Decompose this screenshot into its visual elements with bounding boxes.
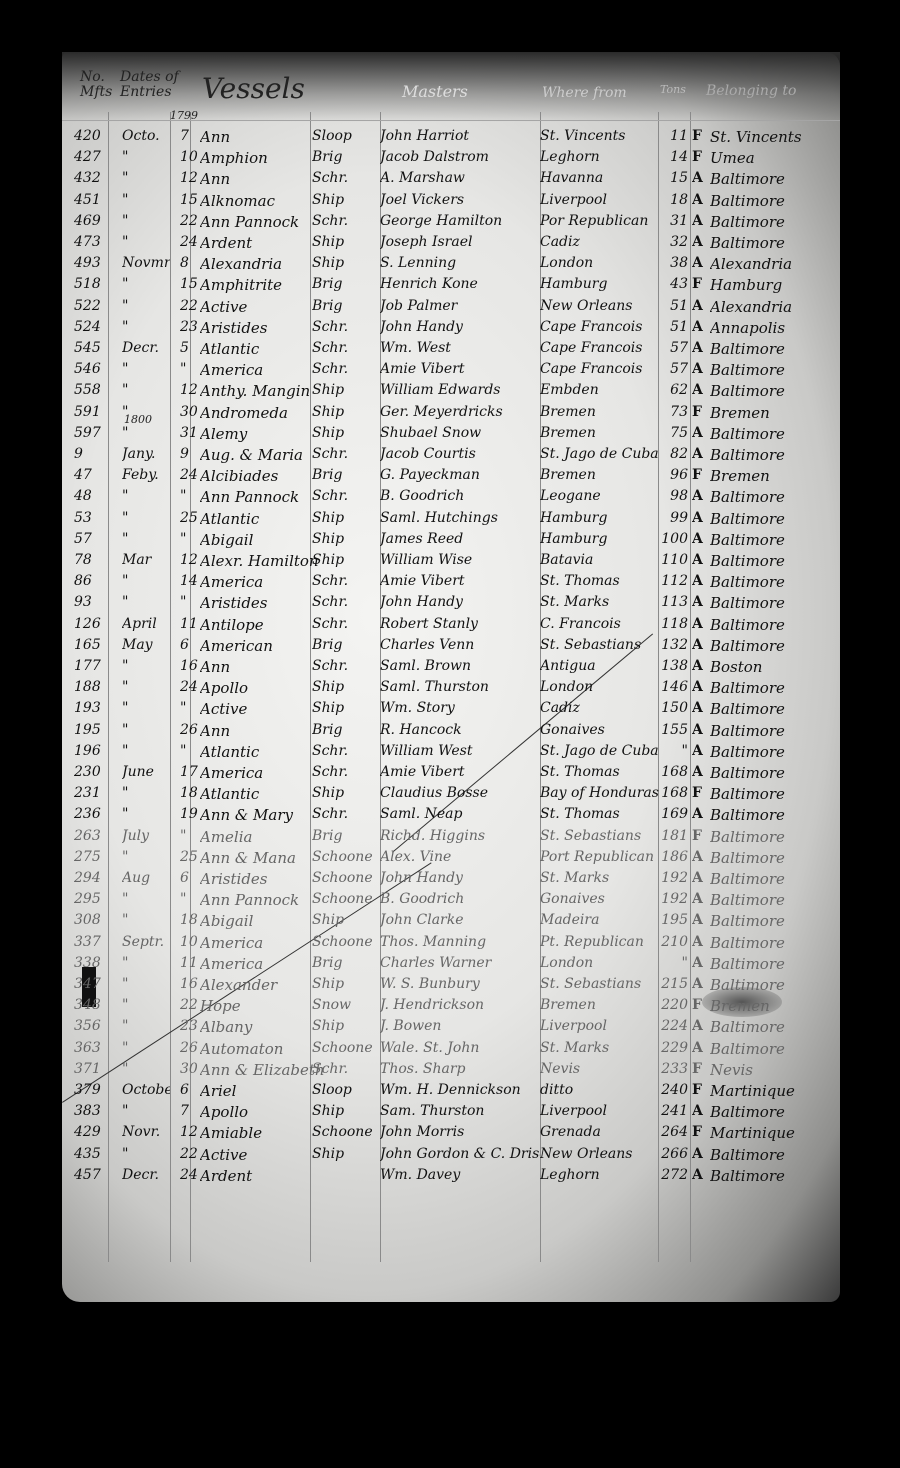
master-name: J. Hendrickson xyxy=(380,997,540,1013)
ledger-row: 432 " 12 Ann Schr. A. Marshaw Havanna 15… xyxy=(62,168,840,189)
tons: 195 xyxy=(656,912,688,928)
where-from: St. Sebastians xyxy=(540,976,668,992)
master-name: William Edwards xyxy=(380,382,540,398)
ledger-row: 275 " 25 Ann & Mana Schooner Alex. Vine … xyxy=(62,847,840,868)
where-from: Hamburg xyxy=(540,510,668,526)
tons: 43 xyxy=(656,276,688,292)
flag-code: F xyxy=(692,404,706,420)
belonging-to: Baltimore xyxy=(710,785,840,803)
belonging-to: Baltimore xyxy=(710,552,840,570)
belonging-to: Baltimore xyxy=(710,616,840,634)
tons: 112 xyxy=(656,573,688,589)
manifest-number: 597 xyxy=(74,425,120,441)
entry-month: " xyxy=(122,700,170,716)
where-from: Grenada xyxy=(540,1124,668,1140)
manifest-number: 165 xyxy=(74,637,120,653)
entry-month: Feby. xyxy=(122,467,170,483)
tons: 192 xyxy=(656,870,688,886)
tons: 233 xyxy=(656,1061,688,1077)
manifest-number: 371 xyxy=(74,1061,120,1077)
where-from: Bremen xyxy=(540,467,668,483)
where-from: Cape Francois xyxy=(540,361,668,377)
ledger-row: 308 " 18 Abigail Ship John Clarke Madeir… xyxy=(62,910,840,931)
tons: 210 xyxy=(656,934,688,950)
flag-code: F xyxy=(692,1061,706,1077)
master-name: Robert Stanly xyxy=(380,616,540,632)
ledger-row: 126 April 11 Antilope Schr. Robert Stanl… xyxy=(62,614,840,635)
vessel-type: Schr. xyxy=(312,658,372,674)
flag-code: A xyxy=(692,912,706,928)
entry-month: " xyxy=(122,594,170,610)
vessel-type: Ship xyxy=(312,425,372,441)
vessel-type: Ship xyxy=(312,785,372,801)
belonging-to: Baltimore xyxy=(710,446,840,464)
master-name: Saml. Hutchings xyxy=(380,510,540,526)
ledger-row: 47 Feby. 24 Alcibiades Brig G. Payeckman… xyxy=(62,465,840,486)
belonging-to: Baltimore xyxy=(710,382,840,400)
ledger-row: 429 Novr. 12 Amiable Schooner John Morri… xyxy=(62,1122,840,1143)
belonging-to: Baltimore xyxy=(710,806,840,824)
vessel-type: Schr. xyxy=(312,594,372,610)
entry-month: " xyxy=(122,319,170,335)
tons: 186 xyxy=(656,849,688,865)
manifest-number: 263 xyxy=(74,828,120,844)
tons: 272 xyxy=(656,1167,688,1183)
vessel-type: Schooner xyxy=(312,849,372,865)
where-from: London xyxy=(540,255,668,271)
where-from: Bremen xyxy=(540,425,668,441)
master-name: Thos. Sharp xyxy=(380,1061,540,1077)
vessel-type: Schr. xyxy=(312,361,372,377)
master-name: Richd. Higgins xyxy=(380,828,540,844)
where-from: Leogane xyxy=(540,488,668,504)
ledger-row: 230 June 17 America Schr. Amie Vibert St… xyxy=(62,762,840,783)
vessel-type: Schooner xyxy=(312,891,372,907)
where-from: Port Republican xyxy=(540,849,668,865)
entry-month: " xyxy=(122,1103,170,1119)
tons: 113 xyxy=(656,594,688,610)
year-1799: 1799 xyxy=(170,108,198,123)
master-name: Saml. Brown xyxy=(380,658,540,674)
tons: 150 xyxy=(656,700,688,716)
master-name: Amie Vibert xyxy=(380,764,540,780)
where-from: Leghorn xyxy=(540,1167,668,1183)
flag-code: A xyxy=(692,849,706,865)
entry-month: Decr. xyxy=(122,1167,170,1183)
master-name: Joseph Israel xyxy=(380,234,540,250)
entry-month: June xyxy=(122,764,170,780)
where-from: St. Thomas xyxy=(540,764,668,780)
master-name: John Handy xyxy=(380,870,540,886)
manifest-number: 545 xyxy=(74,340,120,356)
ledger-row: 337 Septr. 10 America Schooner Thos. Man… xyxy=(62,932,840,953)
belonging-to: Baltimore xyxy=(710,1103,840,1121)
tons: 51 xyxy=(656,319,688,335)
entry-month: " xyxy=(122,573,170,589)
manifest-number: 546 xyxy=(74,361,120,377)
master-name: John Harriot xyxy=(380,128,540,144)
manifest-number: 348 xyxy=(74,997,120,1013)
belonging-to: Baltimore xyxy=(710,891,840,909)
entry-month: " xyxy=(122,976,170,992)
tons: 118 xyxy=(656,616,688,632)
manifest-number: 518 xyxy=(74,276,120,292)
entry-month: " xyxy=(122,785,170,801)
vessel-type: Schr. xyxy=(312,340,372,356)
belonging-to: Baltimore xyxy=(710,870,840,888)
where-from: St. Thomas xyxy=(540,806,668,822)
vessel-type: Brig xyxy=(312,637,372,653)
vessel-type: Schooner xyxy=(312,1040,372,1056)
ledger-row: 545 Decr. 5 Atlantic Schr. Wm. West Cape… xyxy=(62,338,840,359)
manifest-number: 356 xyxy=(74,1018,120,1034)
master-name: George Hamilton xyxy=(380,213,540,229)
belonging-to: Baltimore xyxy=(710,828,840,846)
ledger-row: 236 " 19 Ann & Mary Schr. Saml. Neap St.… xyxy=(62,804,840,825)
vessel-type: Sloop xyxy=(312,1082,372,1098)
vessel-type: Ship xyxy=(312,404,372,420)
manifest-number: 188 xyxy=(74,679,120,695)
tons: 51 xyxy=(656,298,688,314)
where-from: C. Francois xyxy=(540,616,668,632)
entry-month: Novmr. xyxy=(122,255,170,271)
master-name: Joel Vickers xyxy=(380,192,540,208)
ledger-row: 469 " 22 Ann Pannock Schr. George Hamilt… xyxy=(62,211,840,232)
flag-code: A xyxy=(692,976,706,992)
vessel-type: Ship xyxy=(312,255,372,271)
vessel-type: Brig xyxy=(312,298,372,314)
where-from: Bremen xyxy=(540,997,668,1013)
where-from: ditto xyxy=(540,1082,668,1098)
flag-code: F xyxy=(692,276,706,292)
ledger-row: 473 " 24 Ardent Ship Joseph Israel Cadiz… xyxy=(62,232,840,253)
master-name: Wale. St. John xyxy=(380,1040,540,1056)
vessel-type: Ship xyxy=(312,700,372,716)
master-name: S. Lenning xyxy=(380,255,540,271)
flag-code: F xyxy=(692,1082,706,1098)
entry-month: " xyxy=(122,425,170,441)
where-from: Antigua xyxy=(540,658,668,674)
where-from: London xyxy=(540,955,668,971)
belonging-to: Martinique xyxy=(710,1082,840,1100)
entry-month: " xyxy=(122,1146,170,1162)
master-name: Job Palmer xyxy=(380,298,540,314)
vessel-type: Ship xyxy=(312,531,372,547)
flag-code: A xyxy=(692,658,706,674)
tons: " xyxy=(656,743,688,759)
tons: 192 xyxy=(656,891,688,907)
flag-code: A xyxy=(692,425,706,441)
flag-code: A xyxy=(692,573,706,589)
flag-code: A xyxy=(692,594,706,610)
manifest-number: 53 xyxy=(74,510,120,526)
entry-month: " xyxy=(122,955,170,971)
master-name: Alex. Vine xyxy=(380,849,540,865)
tons: 132 xyxy=(656,637,688,653)
tons: 11 xyxy=(656,128,688,144)
flag-code: A xyxy=(692,510,706,526)
master-name: A. Marshaw xyxy=(380,170,540,186)
master-name: Jacob Dalstrom xyxy=(380,149,540,165)
master-name: John Handy xyxy=(380,319,540,335)
belonging-to: St. Vincents xyxy=(710,128,840,146)
belonging-to: Baltimore xyxy=(710,234,840,252)
master-name: John Handy xyxy=(380,594,540,610)
where-from: Havanna xyxy=(540,170,668,186)
ledger-row: 165 May 6 American Brig Charles Venn St.… xyxy=(62,635,840,656)
where-from: St. Marks xyxy=(540,870,668,886)
manifest-number: 363 xyxy=(74,1040,120,1056)
manifest-number: 469 xyxy=(74,213,120,229)
belonging-to: Alexandria xyxy=(710,298,840,316)
vessel-type: Ship xyxy=(312,976,372,992)
entry-month: " xyxy=(122,891,170,907)
header-where-from: Where from xyxy=(542,86,627,101)
ledger-row: 9 Jany. 9 Aug. & Maria Schr. Jacob Court… xyxy=(62,444,840,465)
vessel-type: Schr. xyxy=(312,319,372,335)
where-from: London xyxy=(540,679,668,695)
entry-month: " xyxy=(122,679,170,695)
master-name: Amie Vibert xyxy=(380,573,540,589)
vessel-type: Sloop xyxy=(312,128,372,144)
header-tons: Tons xyxy=(660,82,686,97)
flag-code: A xyxy=(692,213,706,229)
ledger-row: 420 Octo. 7 Ann Sloop John Harriot St. V… xyxy=(62,126,840,147)
ledger-row: 348 " 22 Hope Snow J. Hendrickson Bremen… xyxy=(62,995,840,1016)
entry-month: Jany. xyxy=(122,446,170,462)
vessel-type: Brig xyxy=(312,722,372,738)
where-from: St. Marks xyxy=(540,1040,668,1056)
ledger-row: 338 " 11 America Brig Charles Warner Lon… xyxy=(62,953,840,974)
where-from: New Orleans xyxy=(540,1146,668,1162)
where-from: Cadiz xyxy=(540,234,668,250)
master-name: John Clarke xyxy=(380,912,540,928)
vessel-type: Schr. xyxy=(312,616,372,632)
vessel-type: Schr. xyxy=(312,1061,372,1077)
tons: 75 xyxy=(656,425,688,441)
tons: 138 xyxy=(656,658,688,674)
ledger-row: 524 " 23 Aristides Schr. John Handy Cape… xyxy=(62,317,840,338)
where-from: St. Vincents xyxy=(540,128,668,144)
master-name: Thos. Manning xyxy=(380,934,540,950)
entry-month: Mar xyxy=(122,552,170,568)
header-vessels: Vessels xyxy=(202,74,305,104)
manifest-number: 78 xyxy=(74,552,120,568)
tons: 168 xyxy=(656,785,688,801)
belonging-to: Baltimore xyxy=(710,1018,840,1036)
belonging-to: Bremen xyxy=(710,467,840,485)
flag-code: F xyxy=(692,1124,706,1140)
belonging-to: Hamburg xyxy=(710,276,840,294)
where-from: Bay of Honduras xyxy=(540,785,668,801)
where-from: Cadiz xyxy=(540,700,668,716)
ledger-row: 86 " 14 America Schr. Amie Vibert St. Th… xyxy=(62,571,840,592)
entry-month: Novr. xyxy=(122,1124,170,1140)
belonging-to: Baltimore xyxy=(710,849,840,867)
ledger-row: 294 Aug 6 Aristides Schooner John Handy … xyxy=(62,868,840,889)
ledger-row: 371 " 30 Ann & Elizabeth Schr. Thos. Sha… xyxy=(62,1059,840,1080)
vessel-type: Brig xyxy=(312,828,372,844)
master-name: John Morris xyxy=(380,1124,540,1140)
manifest-number: 230 xyxy=(74,764,120,780)
flag-code: F xyxy=(692,149,706,165)
where-from: Hamburg xyxy=(540,276,668,292)
master-name: James Reed xyxy=(380,531,540,547)
manifest-number: 126 xyxy=(74,616,120,632)
tons: 241 xyxy=(656,1103,688,1119)
ledger-row: 363 " 26 Automaton Schooner Wale. St. Jo… xyxy=(62,1038,840,1059)
where-from: New Orleans xyxy=(540,298,668,314)
ledger-row: 188 " 24 Apollo Ship Saml. Thurston Lond… xyxy=(62,677,840,698)
ledger-row: 57 " " Abigail Ship James Reed Hamburg 1… xyxy=(62,529,840,550)
entry-month: " xyxy=(122,361,170,377)
tons: 31 xyxy=(656,213,688,229)
flag-code: A xyxy=(692,679,706,695)
ledger-row: 518 " 15 Amphitrite Brig Henrich Kone Ha… xyxy=(62,274,840,295)
belonging-to: Baltimore xyxy=(710,488,840,506)
belonging-to: Baltimore xyxy=(710,912,840,930)
tons: 266 xyxy=(656,1146,688,1162)
entry-month: " xyxy=(122,1018,170,1034)
ledger-row: 193 " " Active Ship Wm. Story Cadiz 150 … xyxy=(62,698,840,719)
flag-code: A xyxy=(692,891,706,907)
belonging-to: Bremen xyxy=(710,997,840,1015)
ledger-row: 457 Decr. 24 Ardent Wm. Davey Leghorn 27… xyxy=(62,1165,840,1186)
manifest-number: 337 xyxy=(74,934,120,950)
tons: 15 xyxy=(656,170,688,186)
flag-code: A xyxy=(692,955,706,971)
where-from: Pt. Republican xyxy=(540,934,668,950)
entry-month: April xyxy=(122,616,170,632)
flag-code: A xyxy=(692,700,706,716)
flag-code: A xyxy=(692,637,706,653)
master-name: John Gordon & C. Driscoll xyxy=(380,1146,540,1162)
vessel-type: Schooner xyxy=(312,870,372,886)
flag-code: A xyxy=(692,340,706,356)
vessel-type: Ship xyxy=(312,1103,372,1119)
where-from: Cape Francois xyxy=(540,319,668,335)
belonging-to: Baltimore xyxy=(710,1167,840,1185)
entry-month: " xyxy=(122,722,170,738)
entry-month: Septr. xyxy=(122,934,170,950)
manifest-number: 420 xyxy=(74,128,120,144)
tons: 99 xyxy=(656,510,688,526)
belonging-to: Baltimore xyxy=(710,425,840,443)
manifest-number: 195 xyxy=(74,722,120,738)
ledger-row: 451 " 15 Alknomac Ship Joel Vickers Live… xyxy=(62,190,840,211)
belonging-to: Umea xyxy=(710,149,840,167)
ledger-row: 231 " 18 Atlantic Ship Claudius Bosse Ba… xyxy=(62,783,840,804)
tons: 146 xyxy=(656,679,688,695)
master-name: William West xyxy=(380,743,540,759)
flag-code: A xyxy=(692,361,706,377)
belonging-to: Annapolis xyxy=(710,319,840,337)
vessel-type: Snow xyxy=(312,997,372,1013)
entry-month: " xyxy=(122,1040,170,1056)
where-from: St. Sebastians xyxy=(540,828,668,844)
master-name: G. Payeckman xyxy=(380,467,540,483)
manifest-number: 193 xyxy=(74,700,120,716)
flag-code: A xyxy=(692,234,706,250)
vessel-type: Brig xyxy=(312,276,372,292)
tons: 181 xyxy=(656,828,688,844)
belonging-to: Boston xyxy=(710,658,840,676)
ledger-row: 383 " 7 Apollo Ship Sam. Thurston Liverp… xyxy=(62,1101,840,1122)
manifest-number: 308 xyxy=(74,912,120,928)
ledger-row: 427 " 10 Amphion Brig Jacob Dalstrom Leg… xyxy=(62,147,840,168)
master-name: Shubael Snow xyxy=(380,425,540,441)
vessel-type: Schr. xyxy=(312,170,372,186)
flag-code: A xyxy=(692,488,706,504)
manifest-number: 236 xyxy=(74,806,120,822)
manifest-number: 86 xyxy=(74,573,120,589)
manifest-number: 196 xyxy=(74,743,120,759)
flag-code: A xyxy=(692,192,706,208)
master-name: Wm. Davey xyxy=(380,1167,540,1183)
manifest-number: 524 xyxy=(74,319,120,335)
tons: " xyxy=(656,955,688,971)
vessel-type: Schr. xyxy=(312,488,372,504)
flag-code: A xyxy=(692,552,706,568)
flag-code: A xyxy=(692,1018,706,1034)
entry-month: " xyxy=(122,849,170,865)
belonging-to: Alexandria xyxy=(710,255,840,273)
manifest-number: 48 xyxy=(74,488,120,504)
master-name: Jacob Courtis xyxy=(380,446,540,462)
flag-code: A xyxy=(692,1103,706,1119)
vessel-type: Ship xyxy=(312,679,372,695)
tons: 110 xyxy=(656,552,688,568)
belonging-to: Baltimore xyxy=(710,934,840,952)
master-name: B. Goodrich xyxy=(380,891,540,907)
entry-month: " xyxy=(122,806,170,822)
manifest-number: 177 xyxy=(74,658,120,674)
belonging-to: Martinique xyxy=(710,1124,840,1142)
where-from: Liverpool xyxy=(540,192,668,208)
manifest-number: 295 xyxy=(74,891,120,907)
flag-code: F xyxy=(692,467,706,483)
entry-month: May xyxy=(122,637,170,653)
header-masters: Masters xyxy=(402,84,468,99)
vessel-type: Ship xyxy=(312,192,372,208)
flag-code: A xyxy=(692,870,706,886)
vessel-type: Schr. xyxy=(312,446,372,462)
entry-month: Aug xyxy=(122,870,170,886)
ledger-row: 93 " " Aristides Schr. John Handy St. Ma… xyxy=(62,592,840,613)
master-name: Henrich Kone xyxy=(380,276,540,292)
entry-month: " xyxy=(122,170,170,186)
belonging-to: Bremen xyxy=(710,404,840,422)
master-name: W. S. Bunbury xyxy=(380,976,540,992)
where-from: Madeira xyxy=(540,912,668,928)
ledger-row: 597 " 31 Alemy Ship Shubael Snow Bremen … xyxy=(62,423,840,444)
entry-month: " xyxy=(122,276,170,292)
belonging-to: Baltimore xyxy=(710,594,840,612)
ledger-row: 196 " " Atlantic Schr. William West St. … xyxy=(62,741,840,762)
header-dates: Dates ofEntries xyxy=(120,70,179,100)
master-name: Wm. West xyxy=(380,340,540,356)
manifest-number: 379 xyxy=(74,1082,120,1098)
vessel-type: Ship xyxy=(312,552,372,568)
tons: 264 xyxy=(656,1124,688,1140)
vessel-type: Ship xyxy=(312,234,372,250)
tons: 168 xyxy=(656,764,688,780)
vessel-type: Ship xyxy=(312,510,372,526)
ledger-row: 379 October 6 Ariel Sloop Wm. H. Dennick… xyxy=(62,1080,840,1101)
ledger-row: 356 " 23 Albany Ship J. Bowen Liverpool … xyxy=(62,1016,840,1037)
header-belonging: Belonging to xyxy=(706,84,796,99)
tons: 38 xyxy=(656,255,688,271)
